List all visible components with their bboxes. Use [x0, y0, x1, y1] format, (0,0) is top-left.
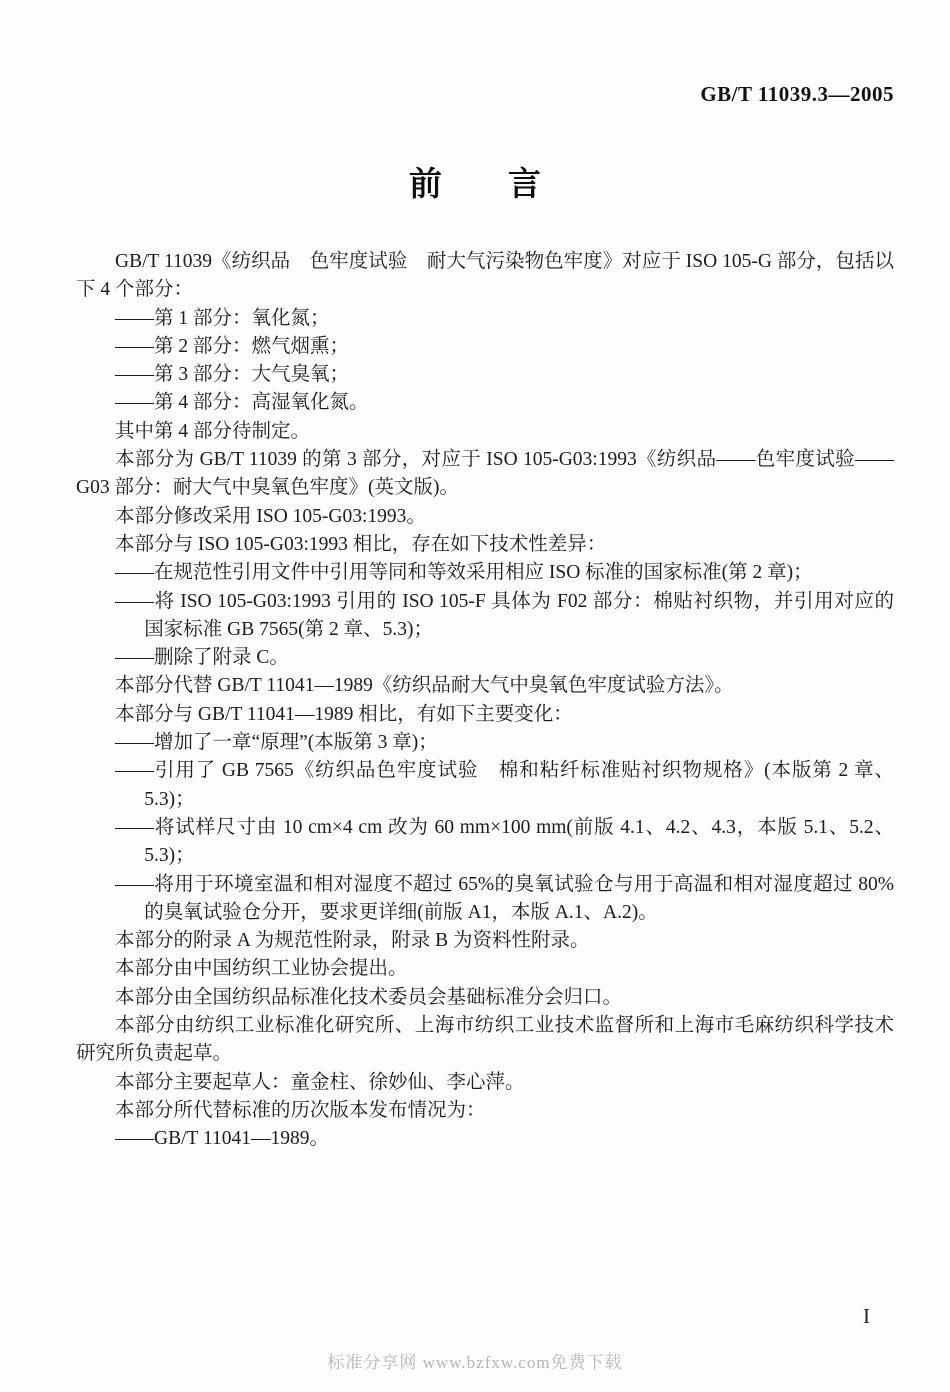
foreword-list-item: ——在规范性引用文件中引用等同和等效采用相应 ISO 标准的国家标准(第 2 章… [144, 559, 894, 587]
foreword-paragraph: 本部分与 ISO 105-G03:1993 相比，存在如下技术性差异： [76, 531, 894, 559]
foreword-list-item: ——第 1 部分：氧化氮； [144, 305, 894, 333]
foreword-paragraph: 本部分为 GB/T 11039 的第 3 部分，对应于 ISO 105-G03:… [76, 446, 894, 503]
foreword-list-item: ——将用于环境室温和相对湿度不超过 65%的臭氧试验仓与用于高温和相对湿度超过 … [144, 871, 894, 928]
standard-code: GB/T 11039.3—2005 [700, 82, 894, 107]
foreword-paragraph: GB/T 11039《纺织品 色牢度试验 耐大气污染物色牢度》对应于 ISO 1… [76, 248, 894, 305]
foreword-paragraph: 本部分由中国纺织工业协会提出。 [76, 955, 894, 983]
foreword-list-item: ——GB/T 11041—1989。 [144, 1125, 894, 1153]
foreword-list-item: ——将 ISO 105-G03:1993 引用的 ISO 105-F 具体为 F… [144, 588, 894, 645]
foreword-paragraph: 本部分由纺织工业标准化研究所、上海市纺织工业技术监督所和上海市毛麻纺织科学技术研… [76, 1012, 894, 1069]
foreword-paragraph: 本部分所代替标准的历次版本发布情况为： [76, 1097, 894, 1125]
foreword-paragraph: 本部分主要起草人：童金柱、徐妙仙、李心萍。 [76, 1069, 894, 1097]
foreword-list-item: ——增加了一章“原理”(本版第 3 章)； [144, 729, 894, 757]
foreword-paragraph: 其中第 4 部分待制定。 [76, 418, 894, 446]
foreword-paragraph: 本部分修改采用 ISO 105-G03:1993。 [76, 503, 894, 531]
foreword-list-item: ——第 3 部分：大气臭氧； [144, 361, 894, 389]
foreword-paragraph: 本部分由全国纺织品标准化技术委员会基础标准分会归口。 [76, 984, 894, 1012]
document-page: GB/T 11039.3—2005 前 言 GB/T 11039《纺织品 色牢度… [0, 0, 950, 1392]
foreword-list-item: ——引用了 GB 7565《纺织品色牢度试验 棉和粘纤标准贴衬织物规格》(本版第… [144, 757, 894, 814]
foreword-list-item: ——将试样尺寸由 10 cm×4 cm 改为 60 mm×100 mm(前版 4… [144, 814, 894, 871]
foreword-body: GB/T 11039《纺织品 色牢度试验 耐大气污染物色牢度》对应于 ISO 1… [76, 248, 894, 1154]
page-title: 前 言 [0, 158, 950, 205]
foreword-list-item: ——第 2 部分：燃气烟熏； [144, 333, 894, 361]
foreword-paragraph: 本部分代替 GB/T 11041—1989《纺织品耐大气中臭氧色牢度试验方法》。 [76, 672, 894, 700]
foreword-paragraph: 本部分的附录 A 为规范性附录，附录 B 为资料性附录。 [76, 927, 894, 955]
foreword-paragraph: 本部分与 GB/T 11041—1989 相比，有如下主要变化： [76, 701, 894, 729]
foreword-list-item: ——第 4 部分：高湿氧化氮。 [144, 389, 894, 417]
watermark: 标准分享网 www.bzfxw.com免费下载 [0, 1348, 950, 1373]
page-number: I [863, 1304, 870, 1329]
foreword-list-item: ——删除了附录 C。 [144, 644, 894, 672]
